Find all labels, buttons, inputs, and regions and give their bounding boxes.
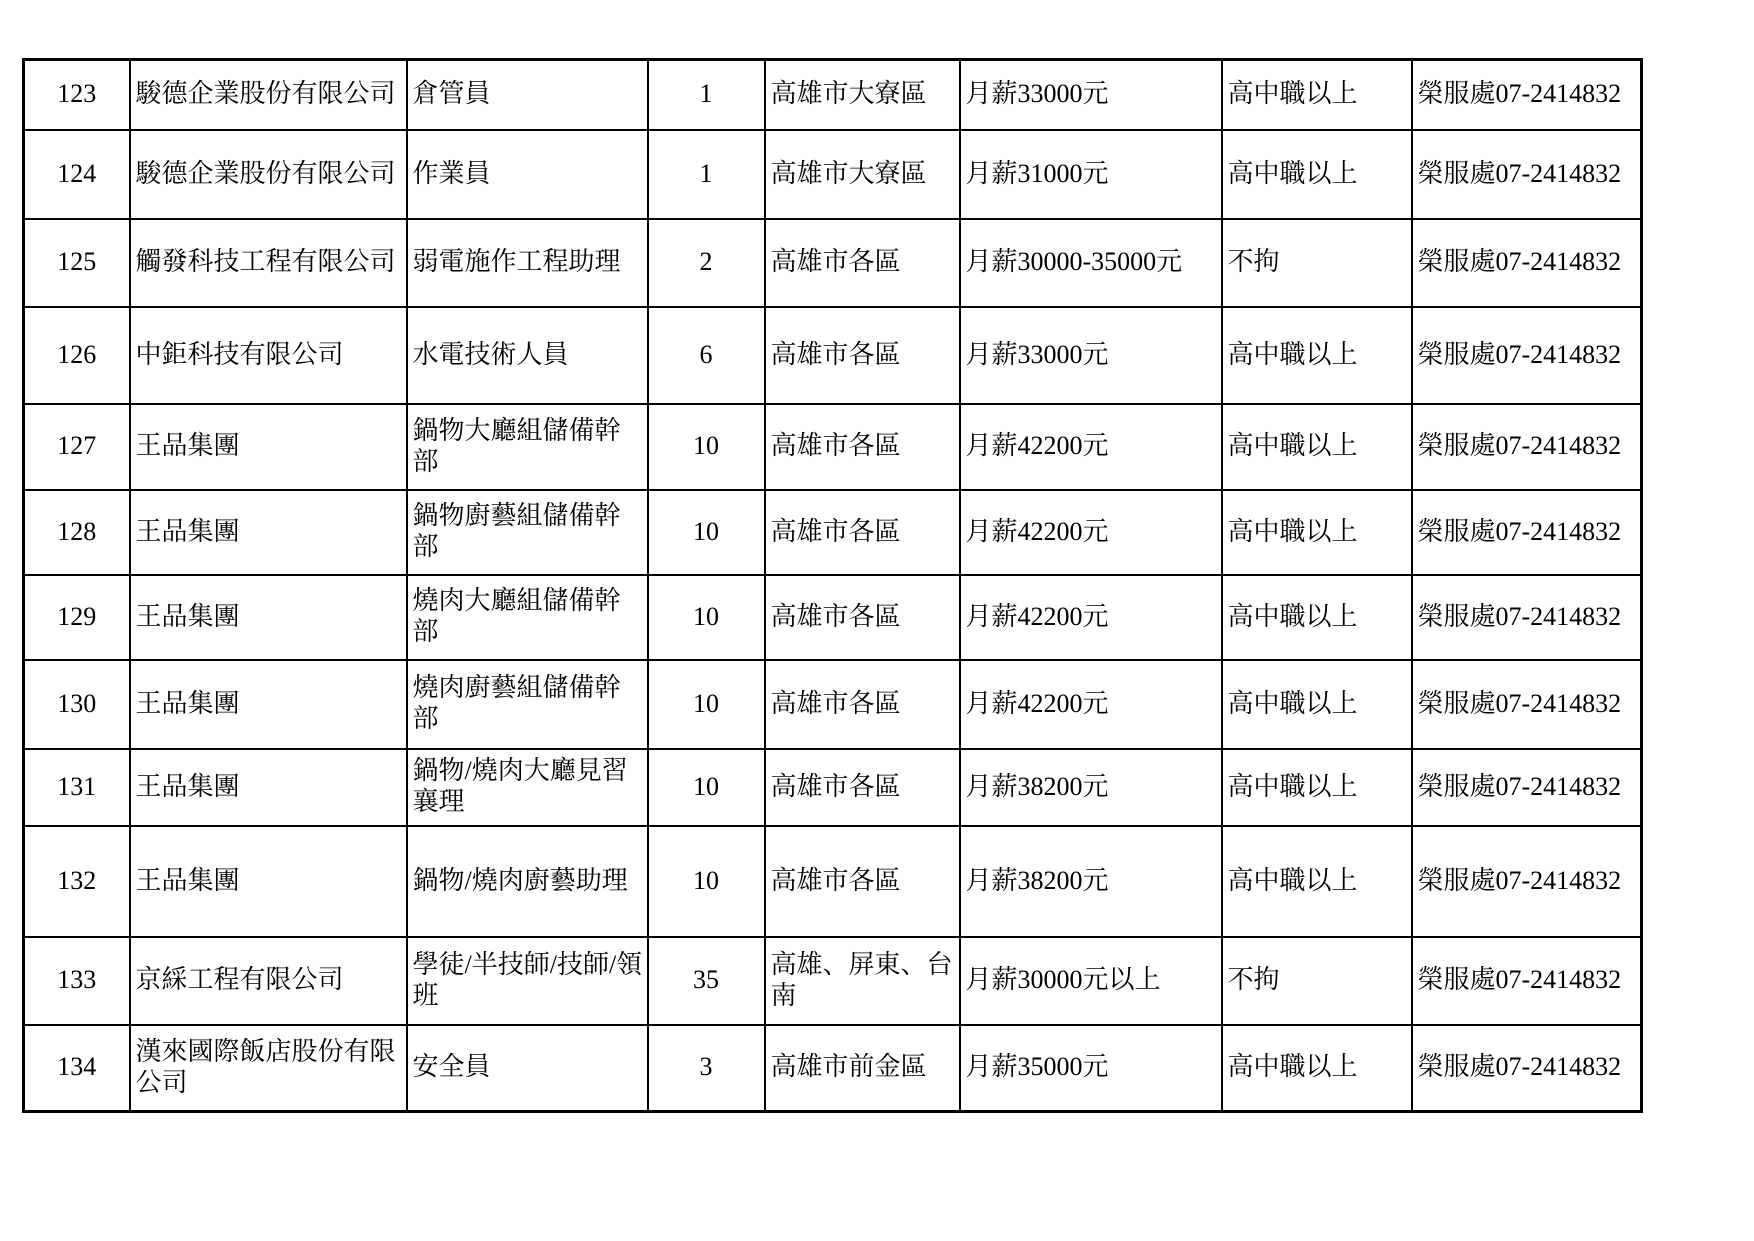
cell-job-title: 鍋物/燒肉廚藝助理 [407, 826, 648, 937]
cell-salary: 月薪42200元 [960, 490, 1222, 575]
cell-education-requirement: 高中職以上 [1222, 826, 1412, 937]
cell-openings: 10 [648, 490, 765, 575]
cell-contact: 榮服處07-2414832 [1412, 60, 1642, 130]
cell-company-name: 王品集團 [130, 826, 407, 937]
cell-salary: 月薪35000元 [960, 1025, 1222, 1112]
cell-company-name: 京綵工程有限公司 [130, 937, 407, 1025]
cell-contact: 榮服處07-2414832 [1412, 575, 1642, 660]
cell-company-name: 王品集團 [130, 490, 407, 575]
cell-salary: 月薪42200元 [960, 575, 1222, 660]
cell-company-name: 中鉅科技有限公司 [130, 307, 407, 404]
cell-job-title: 鍋物廚藝組儲備幹部 [407, 490, 648, 575]
cell-contact: 榮服處07-2414832 [1412, 749, 1642, 826]
cell-openings: 10 [648, 749, 765, 826]
cell-work-location: 高雄、屏東、台南 [765, 937, 960, 1025]
cell-company-name: 觸發科技工程有限公司 [130, 219, 407, 307]
cell-serial-number: 132 [24, 826, 130, 937]
cell-job-title: 水電技術人員 [407, 307, 648, 404]
cell-job-title: 弱電施作工程助理 [407, 219, 648, 307]
cell-work-location: 高雄市各區 [765, 749, 960, 826]
job-listing-table-body: 123駿德企業股份有限公司倉管員1高雄市大寮區月薪33000元高中職以上榮服處0… [24, 60, 1642, 1112]
cell-salary: 月薪33000元 [960, 307, 1222, 404]
cell-work-location: 高雄市大寮區 [765, 60, 960, 130]
cell-company-name: 漢來國際飯店股份有限公司 [130, 1025, 407, 1112]
cell-contact: 榮服處07-2414832 [1412, 490, 1642, 575]
cell-education-requirement: 高中職以上 [1222, 1025, 1412, 1112]
cell-education-requirement: 高中職以上 [1222, 660, 1412, 749]
table-row: 130王品集團燒肉廚藝組儲備幹部10高雄市各區月薪42200元高中職以上榮服處0… [24, 660, 1642, 749]
cell-serial-number: 133 [24, 937, 130, 1025]
cell-education-requirement: 高中職以上 [1222, 60, 1412, 130]
cell-education-requirement: 高中職以上 [1222, 130, 1412, 219]
cell-serial-number: 124 [24, 130, 130, 219]
cell-work-location: 高雄市各區 [765, 660, 960, 749]
cell-openings: 6 [648, 307, 765, 404]
cell-contact: 榮服處07-2414832 [1412, 404, 1642, 490]
cell-education-requirement: 不拘 [1222, 937, 1412, 1025]
cell-serial-number: 127 [24, 404, 130, 490]
cell-work-location: 高雄市各區 [765, 575, 960, 660]
cell-contact: 榮服處07-2414832 [1412, 1025, 1642, 1112]
cell-salary: 月薪42200元 [960, 660, 1222, 749]
cell-company-name: 王品集團 [130, 575, 407, 660]
document-page: { "page": { "background": "#ffffff", "te… [0, 0, 1754, 1241]
cell-job-title: 學徒/半技師/技師/領班 [407, 937, 648, 1025]
cell-job-title: 作業員 [407, 130, 648, 219]
cell-serial-number: 128 [24, 490, 130, 575]
cell-contact: 榮服處07-2414832 [1412, 219, 1642, 307]
cell-contact: 榮服處07-2414832 [1412, 826, 1642, 937]
cell-company-name: 駿德企業股份有限公司 [130, 130, 407, 219]
cell-education-requirement: 高中職以上 [1222, 575, 1412, 660]
job-listing-table: 123駿德企業股份有限公司倉管員1高雄市大寮區月薪33000元高中職以上榮服處0… [22, 58, 1643, 1113]
cell-job-title: 安全員 [407, 1025, 648, 1112]
table-row: 125觸發科技工程有限公司弱電施作工程助理2高雄市各區月薪30000-35000… [24, 219, 1642, 307]
cell-education-requirement: 高中職以上 [1222, 749, 1412, 826]
cell-serial-number: 134 [24, 1025, 130, 1112]
cell-salary: 月薪30000元以上 [960, 937, 1222, 1025]
cell-company-name: 駿德企業股份有限公司 [130, 60, 407, 130]
cell-education-requirement: 高中職以上 [1222, 490, 1412, 575]
cell-work-location: 高雄市大寮區 [765, 130, 960, 219]
table-row: 128王品集團鍋物廚藝組儲備幹部10高雄市各區月薪42200元高中職以上榮服處0… [24, 490, 1642, 575]
cell-company-name: 王品集團 [130, 749, 407, 826]
cell-work-location: 高雄市前金區 [765, 1025, 960, 1112]
cell-serial-number: 129 [24, 575, 130, 660]
cell-salary: 月薪38200元 [960, 749, 1222, 826]
cell-job-title: 燒肉大廳組儲備幹部 [407, 575, 648, 660]
cell-work-location: 高雄市各區 [765, 490, 960, 575]
cell-contact: 榮服處07-2414832 [1412, 660, 1642, 749]
cell-serial-number: 123 [24, 60, 130, 130]
cell-salary: 月薪42200元 [960, 404, 1222, 490]
table-row: 123駿德企業股份有限公司倉管員1高雄市大寮區月薪33000元高中職以上榮服處0… [24, 60, 1642, 130]
cell-company-name: 王品集團 [130, 660, 407, 749]
cell-serial-number: 130 [24, 660, 130, 749]
cell-openings: 10 [648, 404, 765, 490]
cell-serial-number: 131 [24, 749, 130, 826]
cell-openings: 2 [648, 219, 765, 307]
cell-company-name: 王品集團 [130, 404, 407, 490]
table-row: 132王品集團鍋物/燒肉廚藝助理10高雄市各區月薪38200元高中職以上榮服處0… [24, 826, 1642, 937]
cell-serial-number: 126 [24, 307, 130, 404]
cell-openings: 35 [648, 937, 765, 1025]
cell-education-requirement: 高中職以上 [1222, 307, 1412, 404]
cell-job-title: 鍋物/燒肉大廳見習襄理 [407, 749, 648, 826]
cell-work-location: 高雄市各區 [765, 826, 960, 937]
table-row: 126中鉅科技有限公司水電技術人員6高雄市各區月薪33000元高中職以上榮服處0… [24, 307, 1642, 404]
cell-contact: 榮服處07-2414832 [1412, 937, 1642, 1025]
table-row: 129王品集團燒肉大廳組儲備幹部10高雄市各區月薪42200元高中職以上榮服處0… [24, 575, 1642, 660]
cell-openings: 1 [648, 130, 765, 219]
cell-job-title: 燒肉廚藝組儲備幹部 [407, 660, 648, 749]
cell-openings: 1 [648, 60, 765, 130]
cell-salary: 月薪33000元 [960, 60, 1222, 130]
cell-contact: 榮服處07-2414832 [1412, 307, 1642, 404]
cell-openings: 3 [648, 1025, 765, 1112]
cell-education-requirement: 高中職以上 [1222, 404, 1412, 490]
job-listing-table-container: 123駿德企業股份有限公司倉管員1高雄市大寮區月薪33000元高中職以上榮服處0… [22, 58, 1643, 1113]
table-row: 131王品集團鍋物/燒肉大廳見習襄理10高雄市各區月薪38200元高中職以上榮服… [24, 749, 1642, 826]
cell-salary: 月薪30000-35000元 [960, 219, 1222, 307]
table-row: 124駿德企業股份有限公司作業員1高雄市大寮區月薪31000元高中職以上榮服處0… [24, 130, 1642, 219]
cell-work-location: 高雄市各區 [765, 219, 960, 307]
cell-work-location: 高雄市各區 [765, 404, 960, 490]
cell-openings: 10 [648, 575, 765, 660]
cell-work-location: 高雄市各區 [765, 307, 960, 404]
cell-openings: 10 [648, 826, 765, 937]
cell-job-title: 倉管員 [407, 60, 648, 130]
cell-education-requirement: 不拘 [1222, 219, 1412, 307]
table-row: 127王品集團鍋物大廳組儲備幹部10高雄市各區月薪42200元高中職以上榮服處0… [24, 404, 1642, 490]
table-row: 134漢來國際飯店股份有限公司安全員3高雄市前金區月薪35000元高中職以上榮服… [24, 1025, 1642, 1112]
cell-salary: 月薪31000元 [960, 130, 1222, 219]
cell-salary: 月薪38200元 [960, 826, 1222, 937]
cell-contact: 榮服處07-2414832 [1412, 130, 1642, 219]
table-row: 133京綵工程有限公司學徒/半技師/技師/領班35高雄、屏東、台南月薪30000… [24, 937, 1642, 1025]
cell-openings: 10 [648, 660, 765, 749]
cell-job-title: 鍋物大廳組儲備幹部 [407, 404, 648, 490]
cell-serial-number: 125 [24, 219, 130, 307]
